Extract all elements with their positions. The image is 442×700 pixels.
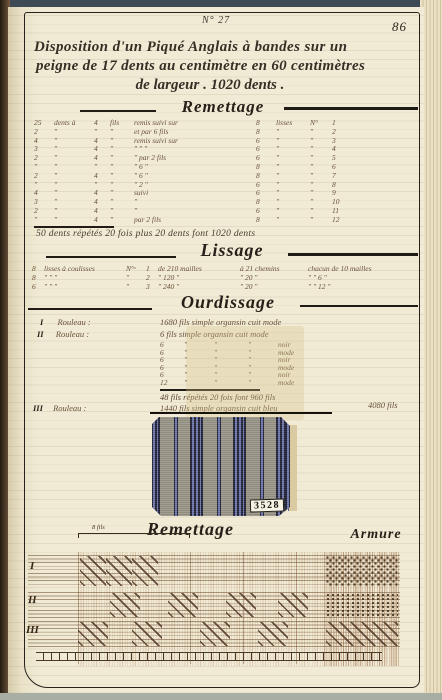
lisses-label: ″ <box>276 198 310 207</box>
remettage-note: ″ <box>134 198 256 207</box>
rouleau-2-label: Rouleau : <box>56 329 89 339</box>
dents-count: 2 <box>34 154 54 163</box>
lisses-label: ″ <box>276 163 310 172</box>
draft-run <box>80 556 106 586</box>
numero-label: ″ <box>310 216 332 225</box>
reed-denting-row <box>36 652 382 661</box>
lisses-label: lisses <box>276 119 310 128</box>
draft-run <box>132 622 162 646</box>
armure-band-3-pattern <box>326 622 398 646</box>
armure-band-2-pattern <box>326 593 398 617</box>
lisses-type: lisses à coulisses <box>44 264 126 273</box>
numero-label: ″ <box>310 154 332 163</box>
lissage-table: 8 lisses à coulisses N°ˢ 1 de 210 maille… <box>32 264 418 291</box>
chemins-note: ″ 20 ″ <box>240 282 308 291</box>
dents-label: dents à <box>54 119 94 128</box>
numero-label: ″ <box>310 163 332 172</box>
remettage-note: ″ 2 ″ <box>134 181 256 190</box>
dents-label: ″ <box>54 154 94 163</box>
draft-run <box>78 622 108 646</box>
remettage-note: par 2 fils <box>134 216 256 225</box>
draft-run <box>168 593 198 617</box>
lisses-type: ″ ″ ″ <box>44 282 126 291</box>
armure-band-1-pattern <box>326 556 398 586</box>
fils-label: ″ <box>110 207 134 216</box>
dents-count: 2 <box>34 207 54 216</box>
fils-label: ″ <box>110 154 134 163</box>
numero-value: 1 <box>146 264 158 273</box>
numero-label: N° <box>310 119 332 128</box>
remettage-note: remis suivi sur <box>134 137 256 146</box>
dents-label: ″ <box>54 189 94 198</box>
lisses-label: ″ <box>276 181 310 190</box>
mailles-each-note: ″ ″ 12 ″ <box>308 282 412 291</box>
remettage-note: suivi <box>134 189 256 198</box>
rouleau-3-numeral: III <box>33 403 43 413</box>
draft-run <box>278 593 308 617</box>
remettage-note: ″ par 2 fils <box>134 154 256 163</box>
fabric-swatch: 3528 <box>152 417 290 516</box>
ourdissage-rule-left <box>28 308 152 310</box>
numero-label: ″ <box>126 282 146 291</box>
title-line-3: de largeur . 1020 dents . <box>60 77 360 94</box>
lissage-row: 6 ″ ″ ″ ″ 3 ″ 240 ″ ″ 20 ″ ″ ″ 12 ″ <box>32 282 418 291</box>
dents-count: 2 <box>34 172 54 181</box>
page-number: 86 <box>392 19 407 35</box>
lissage-rule-right <box>288 253 418 256</box>
point-paper-grid <box>28 550 420 680</box>
dents-label: ″ <box>54 198 94 207</box>
dents-label: ″ <box>54 216 94 225</box>
numero-label: ″ <box>310 145 332 154</box>
draft-run <box>226 593 256 617</box>
lisses-label: ″ <box>276 189 310 198</box>
lisses-label: ″ <box>276 216 310 225</box>
draft-run <box>132 556 158 586</box>
draft-run <box>106 556 132 586</box>
numero-label: ″ <box>310 198 332 207</box>
rouleau-2-numeral: II <box>37 329 44 339</box>
remettage-heading: Remettage <box>168 97 278 117</box>
remettage-note: ″ 6 ″ <box>134 172 256 181</box>
fils-label: ″ <box>110 163 134 172</box>
remettage-total-rule <box>34 226 114 228</box>
rouleau-3-line: III Rouleau : <box>33 403 86 413</box>
fils-label: ″ <box>110 137 134 146</box>
numero-label: ″ <box>126 273 146 282</box>
mailles-each-note: chacun de 10 mailles <box>308 264 412 273</box>
lisses-label: ″ <box>276 172 310 181</box>
total-fils: 4080 fils <box>368 400 398 410</box>
title-line-1: Disposition d'un Piqué Anglais à bandes … <box>34 39 414 56</box>
fils-label: ″ <box>110 128 134 137</box>
numero-value: 2 <box>146 273 158 282</box>
ourdissage-rule-right <box>300 305 418 307</box>
lisses-count: 6 <box>32 282 44 291</box>
dents-count: ″ <box>34 216 54 225</box>
numero-value: 12 <box>332 216 352 225</box>
dents-label: ″ <box>54 181 94 190</box>
chemins-note: à 21 chemins <box>240 264 308 273</box>
rouleau-1-label: Rouleau : <box>57 317 90 327</box>
lisses-count: 8 <box>32 273 44 282</box>
dents-label: ″ <box>54 207 94 216</box>
rouleau-3-label: Rouleau : <box>53 403 86 413</box>
drawdown-armure-heading: Armure <box>334 527 418 543</box>
mailles-note: ″ 240 ″ <box>158 282 240 291</box>
fils-label: ″ <box>110 216 134 225</box>
title-line-2: peigne de 17 dents au centimètre en 60 c… <box>36 58 416 75</box>
remettage-rule-right <box>284 107 418 110</box>
numero-label: ″ <box>310 189 332 198</box>
lisses-count: 8 <box>256 216 276 225</box>
repeat-bracket <box>78 533 190 538</box>
lissage-row: 8 ″ ″ ″ ″ 2 ″ 120 ″ ″ 20 ″ ″ ″ 6 ″ <box>32 273 418 282</box>
lisses-label: ″ <box>276 137 310 146</box>
remettage-rule-left <box>80 110 156 112</box>
fils-label: ″ <box>110 181 134 190</box>
draft-run <box>200 622 230 646</box>
rouleau-1-line: I Rouleau : <box>40 317 91 327</box>
dents-label: ″ <box>54 172 94 181</box>
lisses-count: 8 <box>32 264 44 273</box>
rouleau-2-line: II Rouleau : <box>37 329 89 339</box>
draft-run <box>110 593 140 617</box>
remettage-row: ″ ″ 4 ″ par 2 fils 8 ″ ″ 12 <box>34 216 384 225</box>
lisses-label: ″ <box>276 154 310 163</box>
ourdissage-heading: Ourdissage <box>158 292 298 313</box>
swatch-stamp-number: 3528 <box>250 498 284 512</box>
plate-number: N° 27 <box>202 15 230 26</box>
remettage-table: 25 dents à 4 fils remis suivi sur 8 liss… <box>34 119 384 225</box>
numero-label: ″ <box>310 207 332 216</box>
fils-label: ″ <box>110 198 134 207</box>
lisses-label: ″ <box>276 128 310 137</box>
rouleau-1-numeral: I <box>40 317 43 327</box>
numero-value: 3 <box>146 282 158 291</box>
draft-run <box>258 622 288 646</box>
lissage-rule-left <box>46 256 176 258</box>
numero-label: ″ <box>310 137 332 146</box>
swatch-top-rule <box>150 412 332 414</box>
mailles-note: de 210 mailles <box>158 264 240 273</box>
fils-label: ″ <box>110 145 134 154</box>
numero-label: ″ <box>310 128 332 137</box>
remettage-note: ″ 6 ″ <box>134 163 256 172</box>
lisses-label: ″ <box>276 207 310 216</box>
numero-label: ″ <box>310 181 332 190</box>
dents-label: ″ <box>54 163 94 172</box>
fils-label: ″ <box>110 172 134 181</box>
fils-label: ″ <box>110 189 134 198</box>
lissage-row: 8 lisses à coulisses N°ˢ 1 de 210 maille… <box>32 264 418 273</box>
glue-stain <box>186 326 304 420</box>
mailles-each-note: ″ ″ 6 ″ <box>308 273 412 282</box>
remettage-summary: 50 dents répétés 20 fois plus 20 dents f… <box>36 229 255 239</box>
dents-label: ″ <box>54 128 94 137</box>
numero-label: N°ˢ <box>126 264 146 273</box>
fils-label: fils <box>110 119 134 128</box>
chemins-note: ″ 20 ″ <box>240 273 308 282</box>
mailles-note: ″ 120 ″ <box>158 273 240 282</box>
lisses-label: ″ <box>276 145 310 154</box>
numero-label: ″ <box>310 172 332 181</box>
dents-label: ″ <box>54 137 94 146</box>
dents-label: ″ <box>54 145 94 154</box>
bracket-label: 8 fils <box>92 524 105 531</box>
photo-bottom-band <box>0 693 442 700</box>
fils-count: 4 <box>94 216 110 225</box>
lissage-heading: Lissage <box>182 240 282 261</box>
fils-count: 12 <box>160 379 184 387</box>
lisses-type: ″ ″ ″ <box>44 273 126 282</box>
